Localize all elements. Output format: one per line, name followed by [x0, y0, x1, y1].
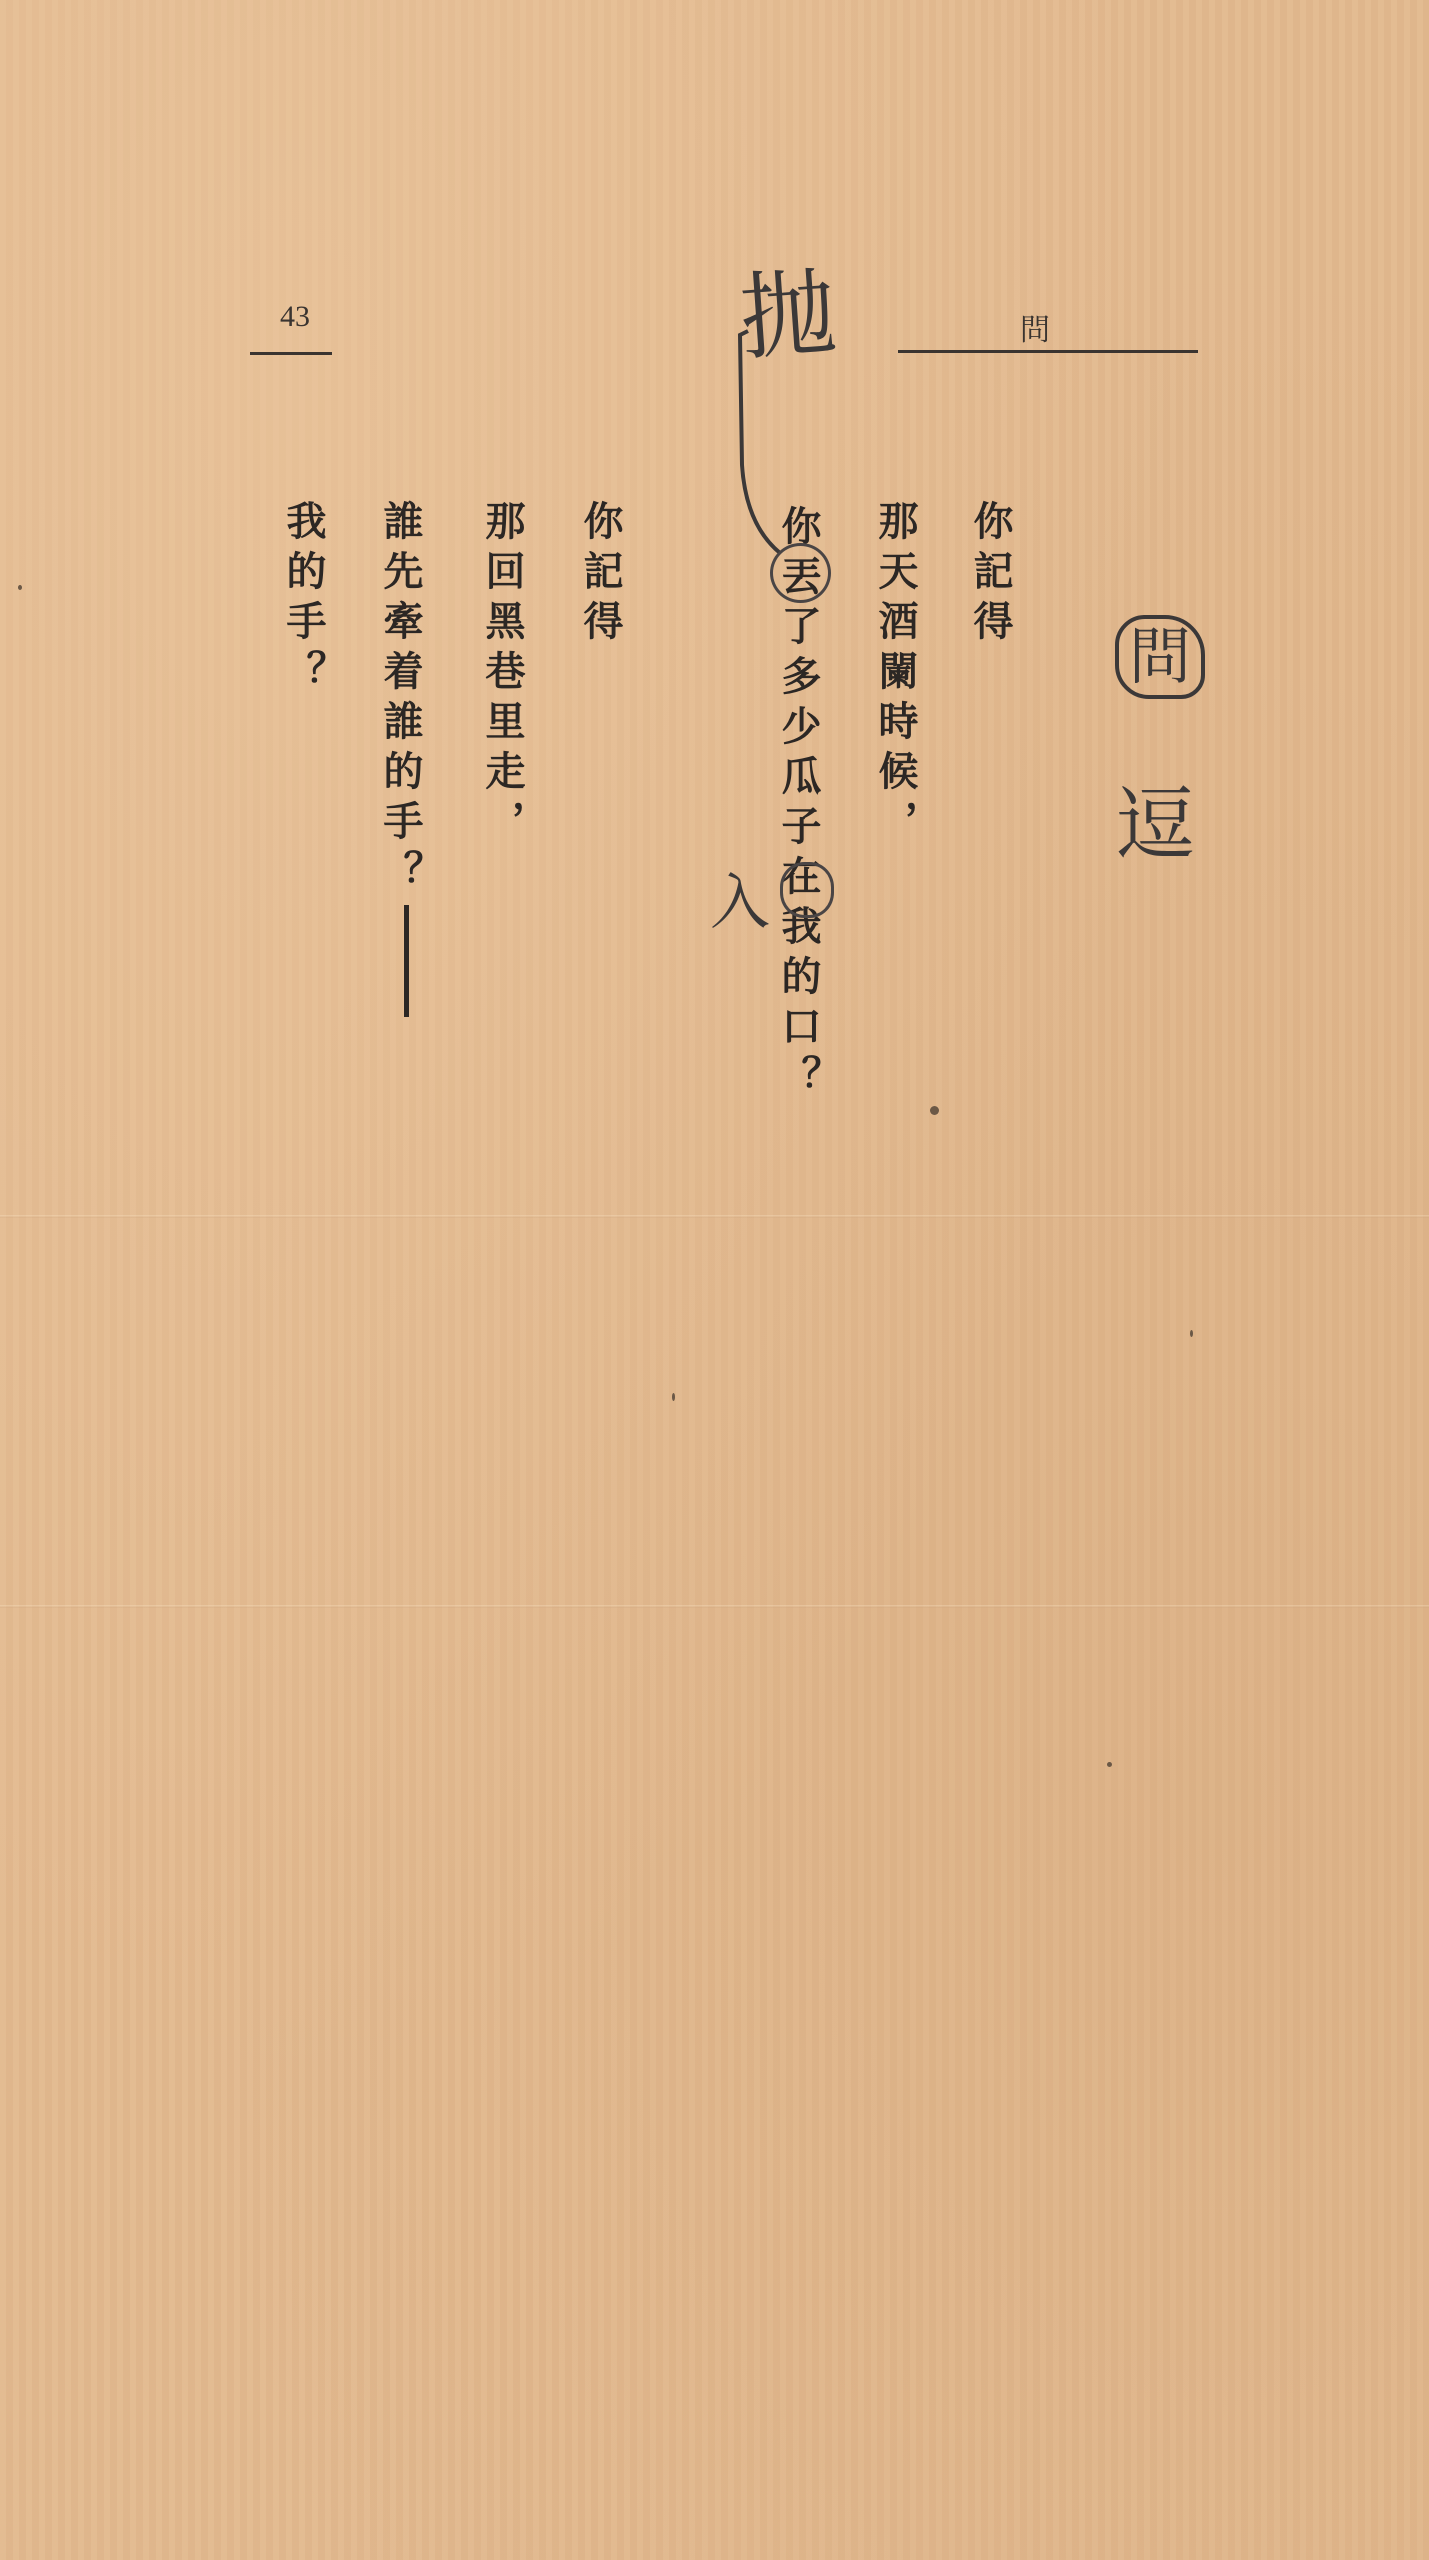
handwritten-insert-mark: 入	[710, 855, 770, 941]
paper-speck	[1107, 1762, 1112, 1767]
handwritten-note: 逗	[1115, 760, 1195, 875]
running-title: 問	[1020, 305, 1050, 349]
paper-speck	[672, 1393, 675, 1401]
circled-word-zai	[780, 862, 834, 918]
page-number-rule	[250, 352, 332, 355]
fold-line-lower	[0, 1605, 1429, 1608]
running-title-rule	[898, 350, 1198, 353]
poem-line-1: 你記得	[970, 500, 1010, 650]
paper-speck	[1190, 1330, 1193, 1337]
handwritten-circled-title: 問	[1115, 615, 1205, 699]
poem-line-7: 我的手？	[283, 500, 323, 700]
circled-word-diu	[770, 543, 831, 603]
poem-line-5: 那回黑巷里走，	[482, 500, 522, 850]
replacement-guide-line	[730, 325, 810, 565]
poem-line-2: 那天酒闌時候，	[875, 500, 915, 850]
em-dash	[404, 905, 409, 1017]
paper-speck	[930, 1106, 939, 1115]
poem-line-6: 誰先牽着誰的手？	[380, 500, 420, 900]
page-number: 43	[260, 300, 330, 334]
fold-line-upper	[0, 1215, 1429, 1218]
paper-speck	[18, 585, 22, 590]
poem-line-4: 你記得	[580, 500, 620, 650]
